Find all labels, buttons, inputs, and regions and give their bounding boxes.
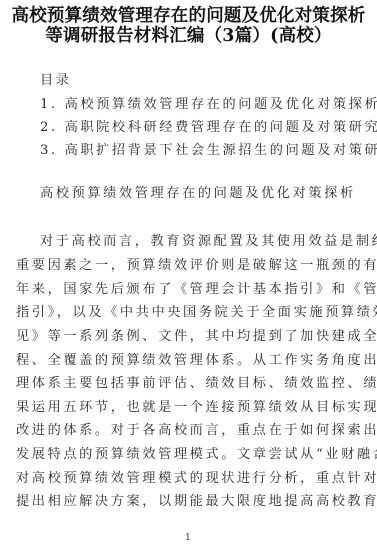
paragraph-line: 对高校预算绩效管理模式的现状进行分析，重点针对其中不足，	[16, 471, 377, 487]
document-title-line-2: 等调研报告材料汇编（3篇）(高校）	[0, 26, 377, 46]
toc-item: 3. 高职扩招背景下社会生源招生的问题及对策研究	[40, 143, 377, 159]
section-title: 高校预算绩效管理存在的问题及优化对策探析	[40, 186, 356, 202]
paragraph-line: 理体系主要包括事前评估、绩效目标、绩效监控、绩效评价、结	[16, 376, 377, 392]
paragraph-line: 指引》，以及《中共中央国务院关于全面实施预算绩效管理的意	[16, 305, 377, 321]
toc-item: 1. 高校预算绩效管理存在的问题及优化对策探析	[40, 97, 377, 113]
paragraph-line: 提出相应解决方案，以期能最大限度地提高高校教育资源配置及	[16, 494, 377, 510]
toc-heading: 目录	[40, 73, 72, 89]
paragraph-line: 重要因素之一，预算绩效评价则是破解这一瓶颈的有效手段。近	[16, 258, 377, 274]
paragraph-line: 程、全覆盖的预算绩效管理体系。从工作实务角度出发，绩效管	[16, 353, 377, 369]
toc-item: 2. 高职院校科研经费管理存在的问题及对策研究	[40, 120, 377, 136]
paragraph-line: 见》等一系列条例、文件，其中均提到了加快建成全方位、全过	[16, 329, 377, 345]
paragraph-line: 果运用五环节，也就是一个连接预算绩效从目标实现，再到不断	[16, 400, 377, 416]
paragraph-line: 年来，国家先后颁布了《管理会计基本指引》和《管理会计应用	[16, 282, 377, 298]
page-number: 1	[185, 533, 191, 543]
paragraph-line: 发展特点的预算绩效管理模式。文章尝试从“业财融合”角度，	[16, 447, 377, 463]
paragraph-line: 对于高校而言，教育资源配置及其使用效益是制约其发展的	[40, 234, 377, 250]
document-title-line-1: 高校预算绩效管理存在的问题及优化对策探析	[0, 6, 377, 26]
paragraph-line: 改进的体系。对于各高校而言，重点在于如何探索出适合其自身	[16, 423, 377, 439]
